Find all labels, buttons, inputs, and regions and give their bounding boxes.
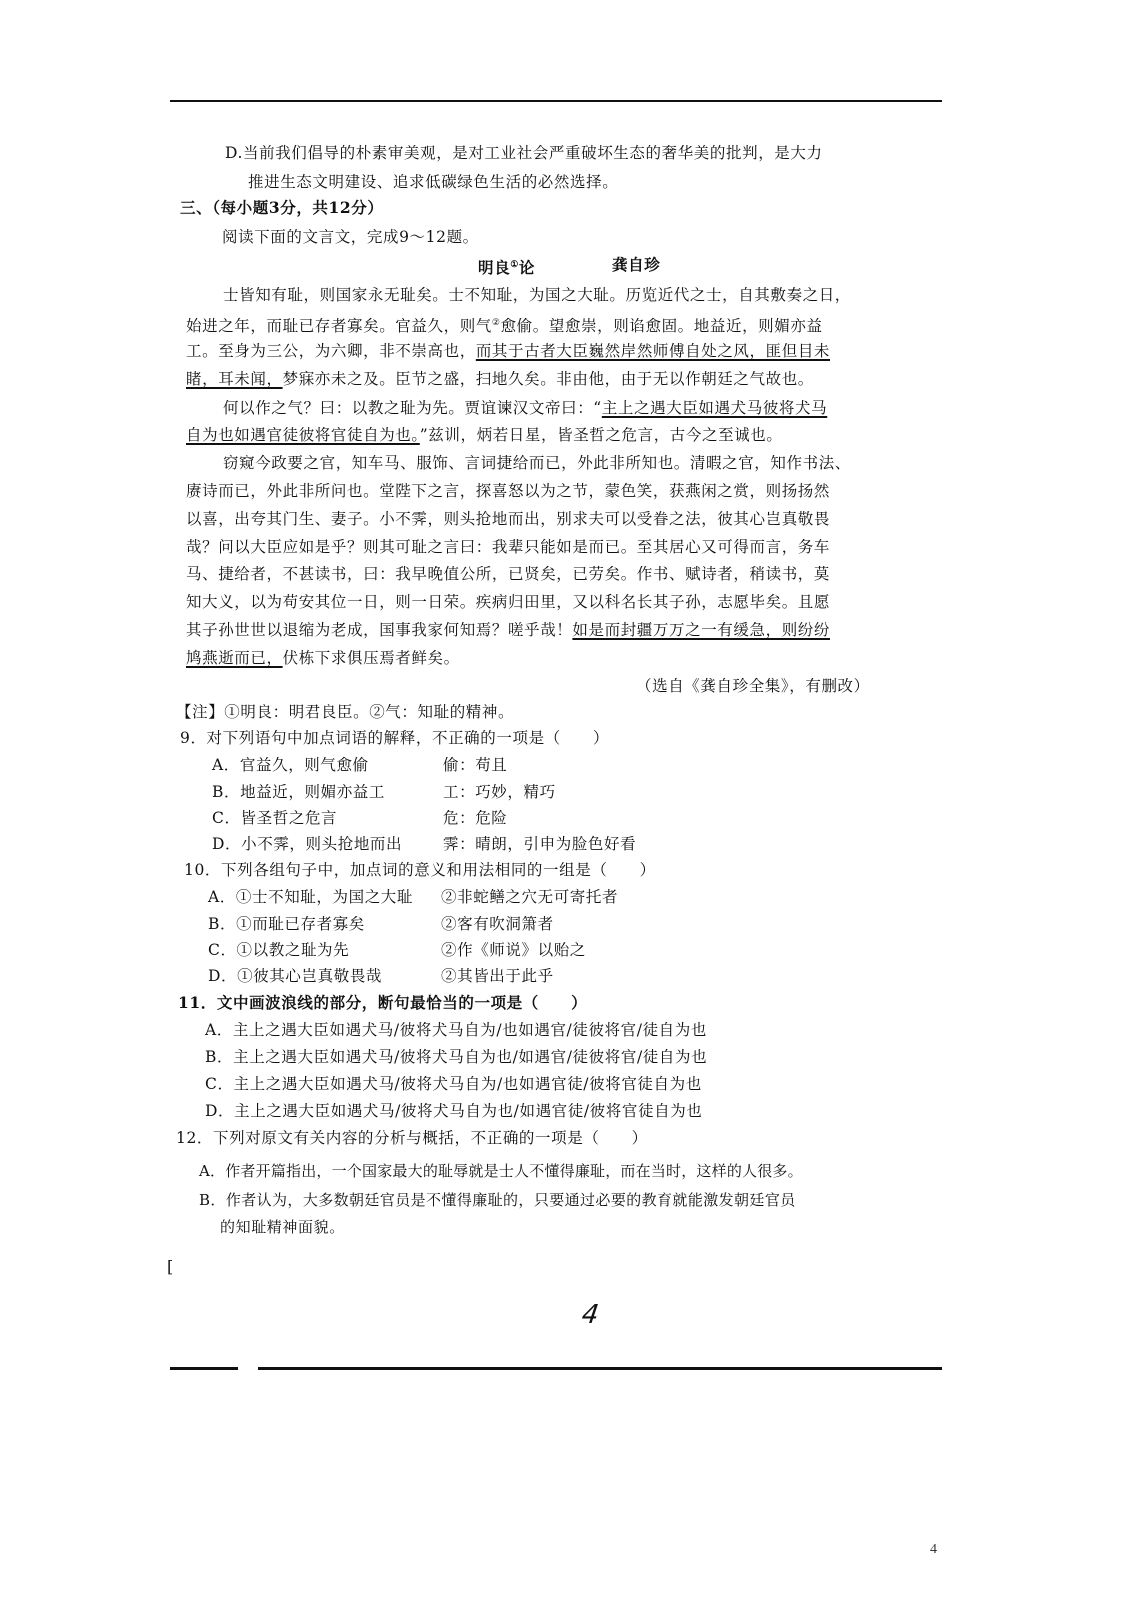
wavy-line-sentence: 自为也如遇官徒彼将官徒自为也。 bbox=[186, 426, 420, 444]
q9-option-d: D．小不霁，则头抢地而出 bbox=[212, 834, 402, 854]
margin-mark: [ bbox=[167, 1257, 173, 1276]
passage-line: 哉？问以大臣应如是乎？则其可耻之言曰：我辈只能如是而已。至其居心又可得而言，务车 bbox=[186, 537, 830, 557]
q10-option-c-gloss: ②作《师说》以贻之 bbox=[441, 940, 586, 960]
passage-line: 赓诗而已，外此非所问也。堂陛下之言，探喜怒以为之节，蒙色笑，获燕闲之赏，则扬扬然 bbox=[186, 481, 830, 501]
passage-title: 明良①论 bbox=[478, 255, 535, 278]
passage-line: 其子孙世世以退缩为老成，国事我家何知焉？嗟乎哉！如是而封疆万万之一有缓急，则纷纷 bbox=[186, 620, 830, 640]
q12-option-b-cont: 的知耻精神面貌。 bbox=[220, 1217, 345, 1237]
underlined-sentence: 鸠燕逝而已， bbox=[186, 649, 283, 667]
section-instruction: 阅读下面的文言文，完成9～12题。 bbox=[222, 227, 479, 247]
q10-option-b-gloss: ②客有吹洞箫者 bbox=[441, 914, 554, 934]
q9-option-c-gloss: 危：危险 bbox=[443, 808, 507, 828]
prev-option-d-line2: 推进生态文明建设、追求低碳绿色生活的必然选择。 bbox=[248, 172, 618, 192]
top-rule bbox=[170, 100, 942, 102]
q10-option-a-gloss: ②非蛇鳝之穴无可寄托者 bbox=[441, 887, 618, 907]
q10-option-a: A．①士不知耻，为国之大耻 bbox=[208, 887, 413, 907]
passage-line: 工。至身为三公，为六卿，非不崇高也，而其于古者大臣巍然岸然师傅自处之风，匪但目未 bbox=[186, 341, 830, 361]
question-11-stem: 11．文中画波浪线的部分，断句最恰当的一项是（ ） bbox=[178, 993, 587, 1013]
page-number: 4 bbox=[930, 1542, 937, 1558]
q9-option-d-gloss: 霁：晴朗，引申为脸色好看 bbox=[443, 834, 636, 854]
q10-option-b: B．①而耻已存者寡矣 bbox=[208, 914, 365, 934]
q12-option-a: A．作者开篇指出，一个国家最大的耻辱就是士人不懂得廉耻，而在当时，这样的人很多。 bbox=[199, 1161, 803, 1181]
question-10-stem: 10．下列各组句子中，加点词的意义和用法相同的一组是（ ） bbox=[184, 860, 656, 880]
passage-line: 自为也如遇官徒彼将官徒自为也。”兹训，炳若日星，皆圣哲之危言，古今之至诚也。 bbox=[186, 425, 783, 445]
handwritten-page-number: 4 bbox=[580, 1300, 601, 1330]
q11-option-a: A．主上之遇大臣如遇犬马/彼将犬马自为/也如遇官/徒彼将官/徒自为也 bbox=[205, 1020, 707, 1040]
passage-line: 窃窥今政要之官，知车马、服饰、言词捷给而已，外此非所知也。清暇之官，知作书法、 bbox=[223, 453, 851, 473]
section-heading: 三、（每小题3分，共12分） bbox=[180, 198, 384, 218]
passage-author: 龚自珍 bbox=[612, 255, 660, 275]
passage-line: 始进之年，而耻已存者寡矣。官益久，则气②愈偷。望愈崇，则谄愈固。地益近，则媚亦益 bbox=[186, 313, 823, 336]
passage-line: 鸠燕逝而已，伏栋下求俱压焉者鲜矣。 bbox=[186, 648, 460, 668]
q9-option-b-gloss: 工：巧妙，精巧 bbox=[443, 782, 556, 802]
q11-option-d: D．主上之遇大臣如遇犬马/彼将犬马自为也/如遇官徒/彼将官徒自为也 bbox=[205, 1101, 702, 1121]
q10-option-d-gloss: ②其皆出于此乎 bbox=[441, 966, 554, 986]
q11-option-b: B．主上之遇大臣如遇犬马/彼将犬马自为也/如遇官/徒彼将官/徒自为也 bbox=[205, 1047, 707, 1067]
passage-line: 睹，耳未闻，梦寐亦未之及。臣节之盛，扫地久矣。非由他，由于无以作朝廷之气故也。 bbox=[186, 369, 814, 389]
q11-option-c: C．主上之遇大臣如遇犬马/彼将犬马自为/也如遇官徒/彼将官徒自为也 bbox=[205, 1074, 702, 1094]
q9-option-c: C．皆圣哲之危言 bbox=[212, 808, 337, 828]
passage-line: 何以作之气？曰：以教之耻为先。贾谊谏汉文帝曰：“主上之遇大臣如遇犬马彼将犬马 bbox=[223, 398, 827, 418]
underlined-sentence: 睹，耳未闻， bbox=[186, 370, 283, 388]
q9-option-a: A．官益久，则气愈偷 bbox=[212, 755, 369, 775]
q9-option-a-gloss: 偷：苟且 bbox=[443, 755, 507, 775]
question-12-stem: 12．下列对原文有关内容的分析与概括，不正确的一项是（ ） bbox=[176, 1128, 648, 1148]
underlined-sentence: 如是而封疆万万之一有缓急，则纷纷 bbox=[572, 621, 830, 639]
wavy-line-sentence: 主上之遇大臣如遇犬马彼将犬马 bbox=[602, 399, 827, 417]
note-marker: ① bbox=[510, 260, 519, 270]
question-9-stem: 9．对下列语句中加点词语的解释，不正确的一项是（ ） bbox=[180, 728, 609, 748]
underlined-sentence: 而其于古者大臣巍然岸然师傅自处之风，匪但目未 bbox=[476, 342, 830, 360]
passage-line: 知大义，以为苟安其位一日，则一日荣。疾病归田里，又以科名长其子孙，志愿毕矣。且愿 bbox=[186, 592, 830, 612]
q10-option-d: D．①彼其心岂真敬畏哉 bbox=[208, 966, 382, 986]
passage-source: （选自《龚自珍全集》，有删改） bbox=[636, 676, 870, 696]
passage-line: 以喜，出夸其门生、妻子。小不霁，则头抢地而出，别求夫可以受眷之法，彼其心岂真敬畏 bbox=[186, 509, 830, 529]
passage-line: 马、捷给者，不甚读书，曰：我早晚值公所，已贤矣，已劳矣。作书、赋诗者，稍读书，莫 bbox=[186, 564, 830, 584]
q12-option-b: B．作者认为，大多数朝廷官员是不懂得廉耻的，只要通过必要的教育就能激发朝廷官员 bbox=[199, 1190, 796, 1210]
passage-line: 士皆知有耻，则国家永无耻矣。士不知耻，为国之大耻。历览近代之士，自其敷奏之日， bbox=[223, 285, 851, 305]
q9-option-b: B．地益近，则媚亦益工 bbox=[212, 782, 385, 802]
passage-notes: 【注】①明良：明君良臣。②气：知耻的精神。 bbox=[176, 702, 514, 722]
q10-option-c: C．①以教之耻为先 bbox=[208, 940, 349, 960]
bottom-rule bbox=[170, 1367, 942, 1370]
prev-option-d-line1: D.当前我们倡导的朴素审美观，是对工业社会严重破坏生态的奢华美的批判，是大力 bbox=[225, 143, 823, 163]
